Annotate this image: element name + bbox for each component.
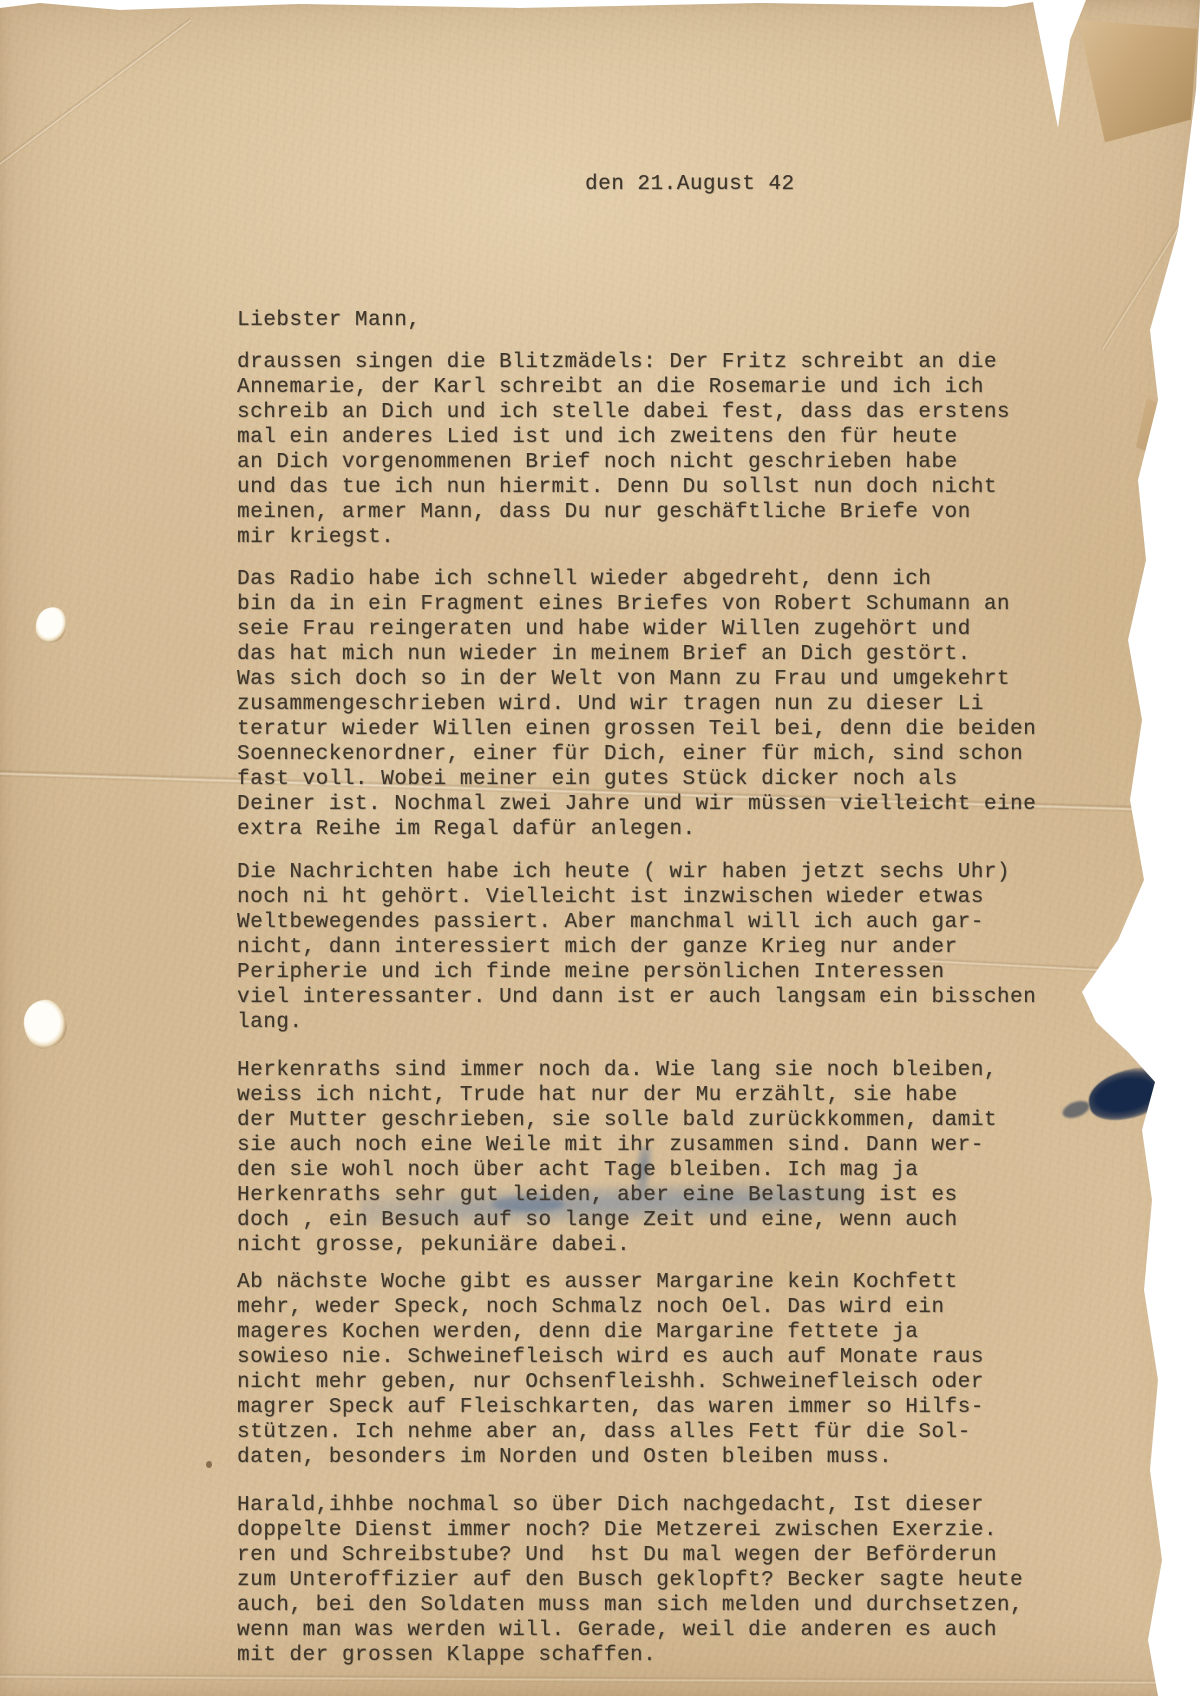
fold-crease-bottom [0, 1673, 1200, 1686]
torn-edge-fragment [1136, 398, 1190, 468]
dark-ink-blot-small [1060, 1098, 1091, 1122]
scanned-letter-page: den 21.August 42 Liebster Mann, draussen… [0, 0, 1200, 1696]
letter-paragraph: draussen singen die Blitzmädels: Der Fri… [237, 350, 1010, 550]
punch-hole-lower [20, 997, 70, 1052]
letter-paper: den 21.August 42 Liebster Mann, draussen… [0, 0, 1200, 1696]
letter-paragraph: Ab nächste Woche gibt es ausser Margarin… [237, 1270, 984, 1470]
dark-ink-blot [1084, 1062, 1174, 1126]
fold-crease-top-left [0, 17, 193, 172]
letter-paragraph: Herkenraths sind immer noch da. Wie lang… [237, 1058, 997, 1258]
letter-paragraph: Harald,ihhbe nochmal so über Dich nachge… [237, 1493, 1023, 1668]
letter-paragraph: Das Radio habe ich schnell wieder abgedr… [237, 567, 1036, 842]
fold-crease-top-right [1100, 195, 1200, 351]
ink-speck [206, 1461, 212, 1468]
letter-salutation: Liebster Mann, [237, 308, 420, 333]
letter-date: den 21.August 42 [585, 172, 795, 197]
punch-hole-upper [32, 604, 70, 647]
letter-paragraph: Die Nachrichten habe ich heute ( wir hab… [237, 860, 1036, 1035]
